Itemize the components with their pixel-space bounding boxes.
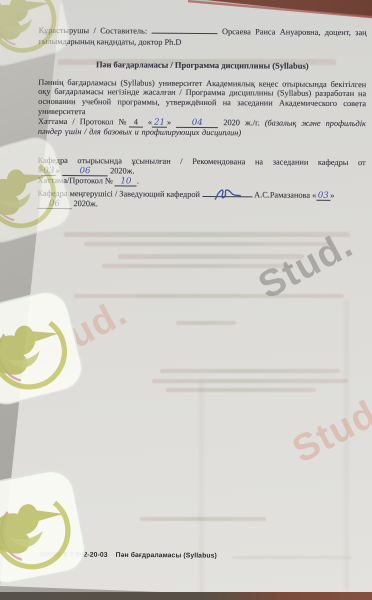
- handwritten-protocol-number: 10: [120, 176, 131, 186]
- paper-crease: [200, 380, 203, 595]
- signature-blank: [202, 187, 252, 197]
- bleed-through-line: [64, 232, 350, 237]
- protocol-label: Хаттама / Протокол: [38, 116, 114, 126]
- signature-icon: [213, 187, 241, 201]
- quote-close: »: [167, 117, 171, 126]
- bleed-through-line: [166, 388, 316, 392]
- photo-scene: Stud. Stud. Stud. Құрастырушы / Составит…: [0, 0, 372, 600]
- handwritten-day: 03: [318, 190, 329, 200]
- footer-title: Пән бағдраламасы (Syllabus): [116, 552, 217, 560]
- approval-paragraph: Пәннің бағдарламасы (Syllabus) университ…: [38, 78, 366, 119]
- protocol-number-blank: 4: [129, 117, 143, 127]
- protocol-line: Хаттама / Протокол №4 «21» 04 2020 ж./г.…: [38, 116, 366, 138]
- department-year: 2020ж.: [110, 166, 134, 175]
- document-title: Пән бағдарламасы / Программа дисциплины …: [38, 60, 366, 72]
- protocol-number: 4: [134, 117, 138, 126]
- month-blank: 04: [176, 117, 218, 127]
- handwritten-day: 21: [154, 117, 165, 127]
- handwritten-month: 06: [80, 166, 91, 176]
- handwritten-month: 04: [192, 117, 203, 127]
- head-name: А.С.Рамазанова: [254, 190, 310, 199]
- quote-close: »: [330, 191, 334, 200]
- compiler-line: Құрастырушы / Составитель: Орсаева Раиса…: [38, 23, 366, 49]
- protocol-number-blank: 10: [115, 176, 137, 186]
- bleed-through-line: [176, 321, 236, 325]
- head-year: 2020ж.: [73, 199, 97, 208]
- bleed-through-line: [84, 242, 330, 246]
- approval-text: Пәннің бағдарламасы (Syllabus) университ…: [38, 78, 366, 116]
- day-blank: 03: [316, 190, 330, 200]
- bleed-through-line: [232, 556, 352, 559]
- bleed-through-line: [140, 517, 266, 521]
- month-blank: 06: [62, 166, 108, 176]
- document-content: Құрастырушы / Составитель: Орсаева Раиса…: [37, 23, 366, 211]
- day-blank: 21: [152, 117, 167, 127]
- bleed-through-line: [152, 379, 348, 383]
- department-section: Кафедра отырысында ұсынылған / Рекомендо…: [37, 156, 365, 211]
- numero-sign: №: [118, 117, 128, 126]
- blank-line: [152, 24, 218, 34]
- table-surface-bottom: [0, 592, 372, 600]
- protocol-year: 2020 ж./г.: [223, 118, 259, 127]
- period: .: [137, 176, 139, 185]
- bleed-through-line: [160, 369, 340, 373]
